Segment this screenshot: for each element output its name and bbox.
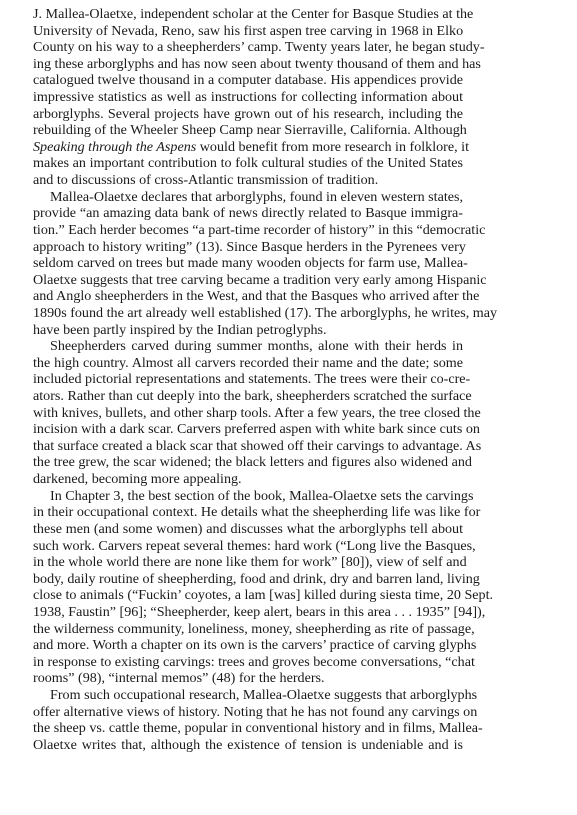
text-line: have been partly inspired by the Indian … [33, 322, 463, 339]
text-line: included pictorial representations and s… [33, 371, 463, 388]
text-line: ators. Rather than cut deeply into the b… [33, 388, 463, 405]
text-line: body, daily routine of sheepherding, foo… [33, 571, 463, 588]
text-line: the high country. Almost all carvers rec… [33, 355, 463, 372]
text-line: and Anglo sheepherders in the West, and … [33, 288, 463, 305]
text-line: 1890s found the art already well establi… [33, 305, 463, 322]
paragraph: From such occupational research, Mallea-… [33, 687, 463, 753]
text-line: Olaetxe suggests that tree carving becam… [33, 272, 463, 289]
text-line: in their occupational context. He detail… [33, 504, 463, 521]
text-line: the wilderness community, loneliness, mo… [33, 621, 463, 638]
text-line: Speaking through the Aspens would benefi… [33, 139, 463, 156]
text-line: such work. Carvers repeat several themes… [33, 538, 463, 555]
text-line: close to animals (“Fuckin’ coyotes, a la… [33, 587, 463, 604]
text-line: impressive statistics as well as instruc… [33, 89, 463, 106]
text-line: tion.” Each herder becomes “a part-time … [33, 222, 463, 239]
text-line: that surface created a black scar that s… [33, 438, 463, 455]
text-line: University of Nevada, Reno, saw his firs… [33, 23, 463, 40]
text-line: In Chapter 3, the best section of the bo… [33, 488, 463, 505]
text-line: the tree grew, the scar widened; the bla… [33, 454, 463, 471]
text-line: ing these arborglyphs and has now seen a… [33, 56, 463, 73]
text-line: Mallea-Olaetxe declares that arborglyphs… [33, 189, 463, 206]
text-line: rebuilding of the Wheeler Sheep Camp nea… [33, 122, 463, 139]
text-line: catalogued twelve thousand in a computer… [33, 72, 463, 89]
text-line: arborglyphs. Several projects have grown… [33, 106, 463, 123]
text-line: seldom carved on trees but made many woo… [33, 255, 463, 272]
text-line: 1938, Faustin” [96]; “Sheepherder, keep … [33, 604, 463, 621]
text-line: County on his way to a sheepherders’ cam… [33, 39, 463, 56]
text-line: incision with a dark scar. Carvers prefe… [33, 421, 463, 438]
text-line: the sheep vs. cattle theme, popular in c… [33, 720, 463, 737]
text-line: and more. Worth a chapter on its own is … [33, 637, 463, 654]
text-line: From such occupational research, Mallea-… [33, 687, 463, 704]
text-line: provide “an amazing data bank of news di… [33, 205, 463, 222]
text-line: and to discussions of cross-Atlantic tra… [33, 172, 463, 189]
text-line: in the whole world there are none like t… [33, 554, 463, 571]
text-line: darkened, becoming more appealing. [33, 471, 463, 488]
text-line: in response to existing carvings: trees … [33, 654, 463, 671]
text-line: Sheepherders carved during summer months… [33, 338, 463, 355]
text-line: offer alternative views of history. Noti… [33, 704, 463, 721]
book-title: Speaking through the Aspens [33, 139, 196, 155]
text-line: rooms” (98), “internal memos” (48) for t… [33, 670, 463, 687]
text-line: makes an important contribution to folk … [33, 155, 463, 172]
paragraph: Mallea-Olaetxe declares that arborglyphs… [33, 189, 463, 338]
text-line: approach to history writing” (13). Since… [33, 239, 463, 256]
text-line: J. Mallea-Olaetxe, independent scholar a… [33, 6, 463, 23]
paragraph: In Chapter 3, the best section of the bo… [33, 488, 463, 687]
text-line: with knives, bullets, and other sharp to… [33, 405, 463, 422]
document-page: J. Mallea-Olaetxe, independent scholar a… [33, 6, 463, 753]
paragraph: Sheepherders carved during summer months… [33, 338, 463, 487]
text-line: Olaetxe writes that, although the existe… [33, 737, 463, 754]
text-line: these men (and some women) and discusses… [33, 521, 463, 538]
paragraph: J. Mallea-Olaetxe, independent scholar a… [33, 6, 463, 189]
